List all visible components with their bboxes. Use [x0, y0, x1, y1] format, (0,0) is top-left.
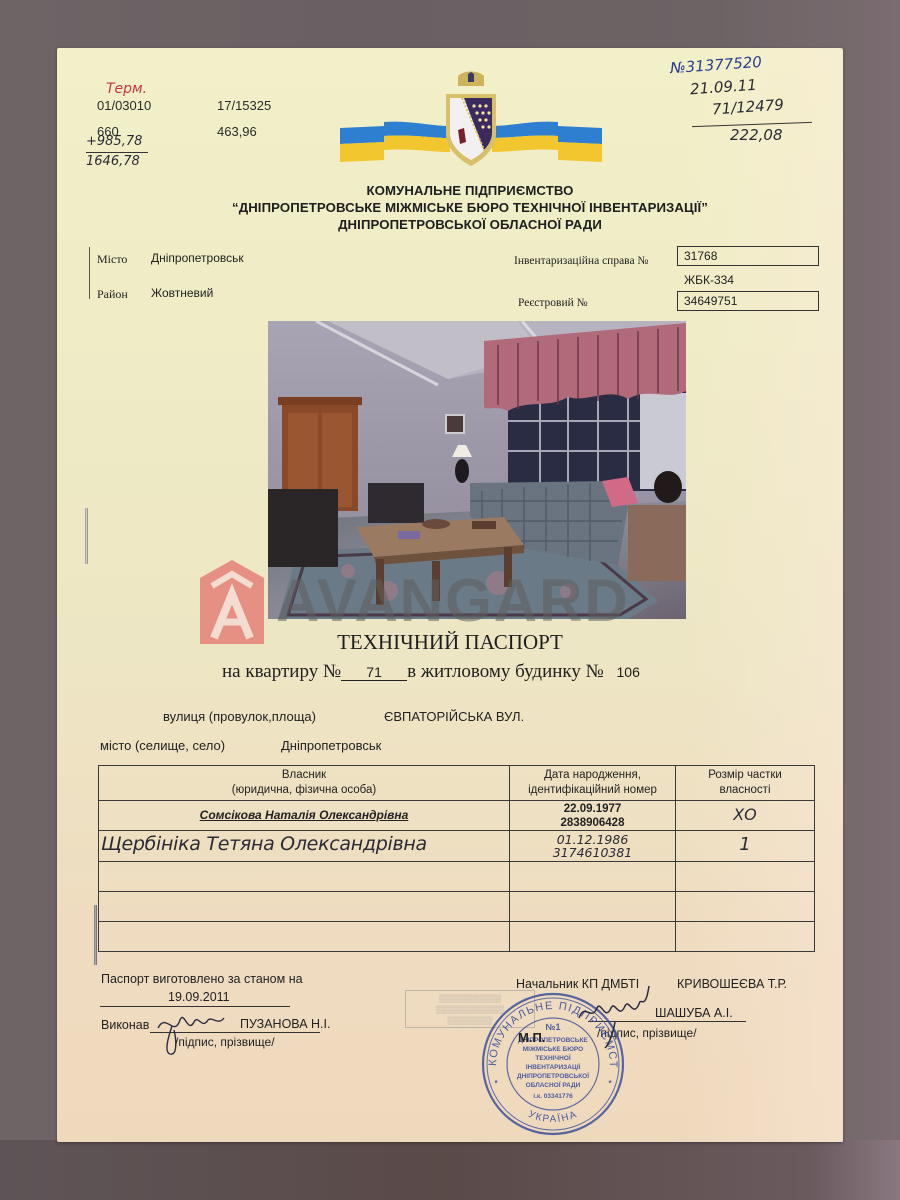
- birth-id-cell: 22.09.1977 2838906428: [510, 801, 676, 831]
- inventory-number-field: 31768: [677, 246, 819, 266]
- document-title: ТЕХНІЧНИЙ ПАСПОРТ: [0, 630, 900, 655]
- svg-text:ОБЛАСНОЇ РАДИ: ОБЛАСНОЇ РАДИ: [526, 1081, 581, 1089]
- svg-text:і.к. 03341776: і.к. 03341776: [533, 1092, 573, 1100]
- executed-label: Виконав: [101, 1018, 149, 1032]
- date-line: [100, 1006, 290, 1007]
- id-number: 2838906428: [510, 816, 675, 830]
- birth-id-cell: 01.12.1986 3174610381: [510, 831, 676, 862]
- settlement-value: Дніпропетровськ: [281, 738, 381, 753]
- signer-name: ШАШУБА А.І.: [655, 1006, 733, 1020]
- building-number: 106: [617, 664, 640, 680]
- district-label: Район: [97, 287, 128, 302]
- city-label: Місто: [97, 252, 127, 267]
- handwritten-addition: +985,78: [86, 134, 142, 149]
- table-header-row: Власник (юридична, фізична особа) Дата н…: [99, 766, 815, 801]
- svg-text:ІНВЕНТАРИЗАЦІЇ: ІНВЕНТАРИЗАЦІЇ: [526, 1063, 581, 1071]
- header-share: Розмір частки власності: [676, 766, 815, 801]
- share-cell: ХО: [676, 801, 815, 831]
- birth-id-cell: [510, 892, 676, 922]
- table-row: [99, 892, 815, 922]
- share-value: 1: [739, 834, 750, 855]
- organization-title: КОМУНАЛЬНЕ ПІДПРИЄМСТВО “ДНІПРОПЕТРОВСЬК…: [160, 182, 780, 233]
- street-value: ЄВПАТОРІЙСЬКА ВУЛ.: [384, 709, 524, 724]
- svg-text:ТЕХНІЧНОЇ: ТЕХНІЧНОЇ: [535, 1054, 570, 1062]
- sum-line: [86, 152, 148, 153]
- header-birth-id: Дата народження, ідентифікаційний номер: [510, 766, 676, 801]
- inventory-label: Інвентаризаційна справа №: [514, 255, 648, 267]
- id-number: 3174610381: [510, 846, 675, 859]
- owner-cell: Сомсікова Наталія Олександрівна: [99, 801, 510, 831]
- table-row: [99, 862, 815, 892]
- owner-cell: [99, 922, 510, 952]
- share-cell: 1: [676, 831, 815, 862]
- registry-number-field: 34649751: [677, 291, 819, 311]
- share-value: ХО: [733, 805, 757, 824]
- district-value: Жовтневий: [151, 286, 213, 300]
- org-line-2: “ДНІПРОПЕТРОВСЬКЕ МІЖМІСЬКЕ БЮРО ТЕХНІЧН…: [160, 199, 780, 216]
- registry-label: Реєстровий №: [518, 297, 588, 309]
- coat-of-arms-banner: [340, 70, 602, 170]
- street-label: вулиця (провулок,площа): [163, 709, 316, 724]
- seal-place-label: М.П.: [518, 1030, 545, 1045]
- org-line-1: КОМУНАЛЬНЕ ПІДПРИЄМСТВО: [160, 182, 780, 199]
- executor-signature-icon: [152, 1008, 232, 1058]
- table-row: Сомсікова Наталія Олександрівна 22.09.19…: [99, 801, 815, 831]
- svg-text:№1: №1: [545, 1022, 560, 1032]
- executor-signature-caption: /підпис, прізвище/: [175, 1035, 275, 1049]
- birth-date: 22.09.1977: [510, 802, 675, 816]
- executor-name: ПУЗАНОВА Н.І.: [240, 1017, 330, 1031]
- code-right: 17/15325: [217, 98, 271, 113]
- birth-id-cell: [510, 922, 676, 952]
- header-owner: Власник (юридична, фізична особа): [99, 766, 510, 801]
- share-cell: [676, 922, 815, 952]
- city-value: Дніпропетровськ: [151, 251, 244, 265]
- settlement-label: місто (селище, село): [100, 738, 225, 753]
- table-row: [99, 922, 815, 952]
- share-cell: [676, 892, 815, 922]
- table-row: Щербініка Тетяна Олександрівна 01.12.198…: [99, 831, 815, 862]
- watermark-text: AVANGARD: [276, 566, 630, 635]
- head-name: КРИВОШЕЄВА Т.Р.: [677, 977, 787, 991]
- handwritten-term-label: Терм.: [106, 81, 147, 97]
- apartment-line: на квартиру №71в житловому будинку № 106: [222, 661, 640, 683]
- svg-text:ДНІПРОПЕТРОВСЬКОЇ: ДНІПРОПЕТРОВСЬКОЇ: [517, 1072, 589, 1080]
- svg-text:УКРАЇНА: УКРАЇНА: [527, 1109, 580, 1125]
- apartment-middle: в житловому будинку №: [407, 661, 604, 682]
- prepared-date: 19.09.2011: [168, 990, 230, 1004]
- apartment-prefix: на квартиру №: [222, 661, 341, 682]
- staple-mark-top: [85, 508, 88, 564]
- coat-of-arms-icon: [446, 72, 496, 167]
- handwritten-fraction-bottom: 222,08: [730, 126, 783, 144]
- owner-cell: [99, 892, 510, 922]
- apartment-number: 71: [341, 664, 407, 681]
- head-signature-icon: [575, 978, 665, 1050]
- owner-cell: Щербініка Тетяна Олександрівна: [99, 831, 510, 862]
- cooperative-label: ЖБК-334: [684, 273, 734, 287]
- svg-text:*: *: [608, 1079, 612, 1088]
- svg-text:*: *: [494, 1079, 498, 1088]
- staple-mark-bottom: [94, 905, 97, 965]
- location-bracket: [89, 247, 90, 299]
- background-surface: [0, 1140, 900, 1200]
- owner-name: Щербініка Тетяна Олександрівна: [101, 833, 427, 855]
- owner-cell: [99, 862, 510, 892]
- code-left: 01/03010: [97, 98, 151, 113]
- org-line-3: ДНІПРОПЕТРОВСЬКОЇ ОБЛАСНОЇ РАДИ: [160, 216, 780, 233]
- birth-id-cell: [510, 862, 676, 892]
- owner-name: Сомсікова Наталія Олександрівна: [200, 808, 409, 822]
- handwritten-total: 1646,78: [86, 154, 140, 169]
- share-cell: [676, 862, 815, 892]
- prepared-label: Паспорт виготовлено за станом на: [101, 972, 303, 986]
- value-right: 463,96: [217, 124, 257, 139]
- owners-table: Власник (юридична, фізична особа) Дата н…: [98, 765, 815, 952]
